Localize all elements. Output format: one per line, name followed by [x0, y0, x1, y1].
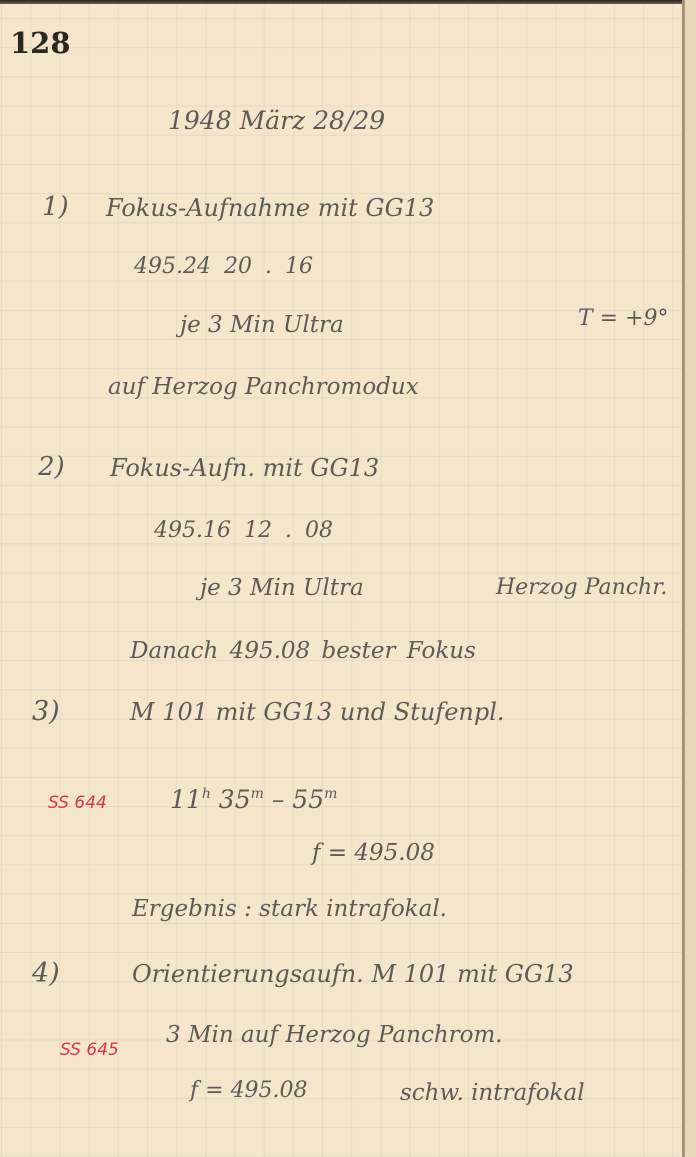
entry-2-values: 495.16 12 . 08 [154, 518, 333, 543]
entry-3-plate-id: SS 644 [48, 793, 107, 813]
entry-1-plate: auf Herzog Panchromodux [108, 374, 419, 400]
entry-3-time-m-unit-2: m [324, 786, 337, 802]
entry-1-title: Fokus-Aufnahme mit GG13 [106, 194, 434, 222]
entry-3-time-end: 55 [292, 785, 324, 814]
entry-2-index: 2) [38, 452, 65, 482]
entry-4-index: 4) [32, 958, 60, 989]
entry-3-title: M 101 mit GG13 und Stufenpl. [130, 698, 505, 726]
entry-4-plate-id: SS 645 [60, 1040, 119, 1060]
entry-3-time: 11h 35m – 55m [170, 785, 337, 814]
entry-1-index: 1) [42, 192, 69, 222]
entry-3-index: 3) [32, 696, 60, 727]
entry-1-values: 495.24 20 . 16 [134, 254, 313, 279]
entry-2-result: Danach 495.08 bester Fokus [130, 638, 476, 664]
page-number: 128 [10, 26, 71, 60]
notebook-page: 128 1948 März 28/29 1) Fokus-Aufnahme mi… [0, 0, 696, 1157]
entry-3-time-m-unit-1: m [251, 786, 264, 802]
entry-3-result: Ergebnis : stark intrafokal. [132, 896, 447, 922]
entry-1-exposure: je 3 Min Ultra [180, 312, 344, 338]
entry-3-focus: f = 495.08 [312, 840, 435, 866]
entry-2-title: Fokus-Aufn. mit GG13 [110, 454, 379, 482]
next-page-edge [685, 0, 696, 1157]
entry-4-exposure: 3 Min auf Herzog Panchrom. [166, 1022, 503, 1048]
entry-3-time-hours: 11 [170, 785, 202, 814]
entry-4-result: schw. intrafokal [400, 1080, 585, 1106]
entry-1-temperature: T = +9° [578, 306, 669, 331]
entry-2-exposure: je 3 Min Ultra [200, 575, 364, 601]
entry-3-time-dash: – [272, 785, 285, 814]
entry-3-time-h-unit: h [202, 786, 211, 802]
date-heading: 1948 März 28/29 [168, 106, 385, 135]
entry-3-time-start: 35 [219, 785, 251, 814]
entry-4-title: Orientierungsaufn. M 101 mit GG13 [132, 960, 574, 988]
entry-2-plate: Herzog Panchr. [496, 575, 667, 600]
entry-4-focus: f = 495.08 [190, 1078, 308, 1103]
page-top-edge [0, 0, 696, 4]
